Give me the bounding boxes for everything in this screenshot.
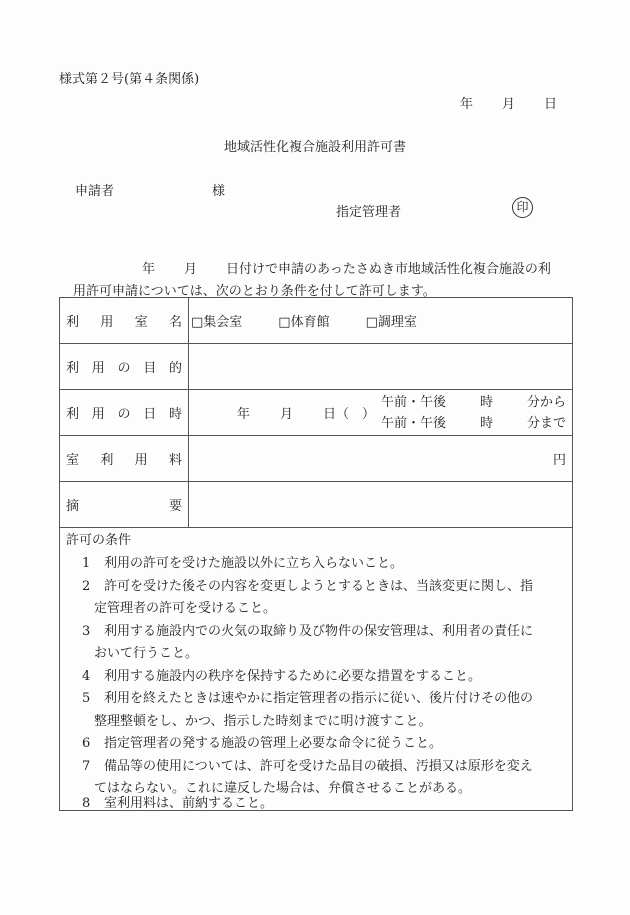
manager-label: 指定管理者 (336, 201, 401, 220)
datetime-field[interactable]: 年月日（ ） 午前・午後時分から 午前・午後時分まで (189, 390, 573, 436)
row-purpose: 利用の目的 (60, 344, 573, 390)
checkbox-cooking-room[interactable]: □調理室 (366, 315, 417, 330)
purpose-label: 利用の目的 (66, 357, 182, 376)
remarks-label: 摘要 (66, 495, 182, 514)
conditions-box: 許可の条件 1利用の許可を受けた施設以外に立ち入らないこと。 2許可を受けた後そ… (59, 526, 573, 811)
fee-field[interactable]: 円 (189, 436, 573, 482)
honorific: 様 (212, 180, 225, 199)
issue-date: 年月日 (460, 93, 557, 112)
condition-item: 7備品等の使用については、許可を受けた品目の破損、汚損又は原形を変え (82, 755, 562, 774)
intro-year: 年 (142, 258, 184, 277)
row-fee: 室利用料 円 (60, 436, 573, 482)
form-number: 様式第２号(第４条関係) (59, 68, 199, 87)
date-month: 月 (502, 93, 544, 112)
condition-item: 8室利用料は、前納すること。 (82, 792, 562, 811)
row-room: 利用室名 □集会室□体育館□調理室 (60, 298, 573, 344)
condition-item: 4利用する施設内の秩序を保持するために必要な措置をすること。 (82, 665, 562, 684)
room-options: □集会室□体育館□調理室 (189, 298, 573, 344)
usage-date: 年月日（ ） (195, 403, 381, 422)
condition-item: 5利用を終えたときは速やかに指定管理者の指示に従い、後片付けその他の (82, 687, 562, 706)
intro-text: 日付けで申請のあったさぬき市地域活性化複合施設の利 (226, 258, 551, 277)
usage-times: 午前・午後時分から 午前・午後時分まで (381, 392, 566, 434)
condition-item: 3利用する施設内での火気の取締り及び物件の保安管理は、利用者の責任に (82, 620, 562, 639)
yen-unit: 円 (553, 453, 566, 468)
condition-item: 1利用の許可を受けた施設以外に立ち入らないこと。 (82, 552, 562, 571)
row-remarks: 摘要 (60, 482, 573, 528)
date-year: 年 (460, 93, 502, 112)
document-title: 地域活性化複合施設利用許可書 (0, 136, 630, 155)
permit-table: 利用室名 □集会室□体育館□調理室 利用の目的 利用の日時 年月日（ ） 午前・… (59, 297, 573, 528)
applicant-label: 申請者 (75, 180, 114, 199)
datetime-label: 利用の日時 (66, 403, 182, 422)
time-from: 午前・午後時分から (381, 392, 566, 413)
row-datetime: 利用の日時 年月日（ ） 午前・午後時分から 午前・午後時分まで (60, 390, 573, 436)
date-day: 日 (544, 93, 557, 112)
intro-line-1: 年月日付けで申請のあったさぬき市地域活性化複合施設の利 (142, 258, 551, 277)
remarks-field[interactable] (189, 482, 573, 528)
condition-item: 6指定管理者の発する施設の管理上必要な命令に従うこと。 (82, 732, 562, 751)
intro-month: 月 (184, 258, 226, 277)
time-to: 午前・午後時分まで (381, 413, 566, 434)
condition-item: 2許可を受けた後その内容を変更しようとするときは、当該変更に関し、指 (82, 575, 562, 594)
condition-item-cont: おいて行うこと。 (94, 642, 574, 661)
seal-icon: 印 (512, 197, 533, 218)
room-label: 利用室名 (66, 311, 182, 330)
purpose-field[interactable] (189, 344, 573, 390)
checkbox-gymnasium[interactable]: □体育館 (278, 315, 329, 330)
conditions-title: 許可の条件 (66, 529, 131, 548)
condition-item-cont: 整理整頓をし、かつ、指示した時刻までに明け渡すこと。 (94, 710, 574, 729)
condition-item-cont: 定管理者の許可を受けること。 (94, 597, 574, 616)
checkbox-meeting-room[interactable]: □集会室 (191, 315, 242, 330)
fee-label: 室利用料 (66, 449, 182, 468)
